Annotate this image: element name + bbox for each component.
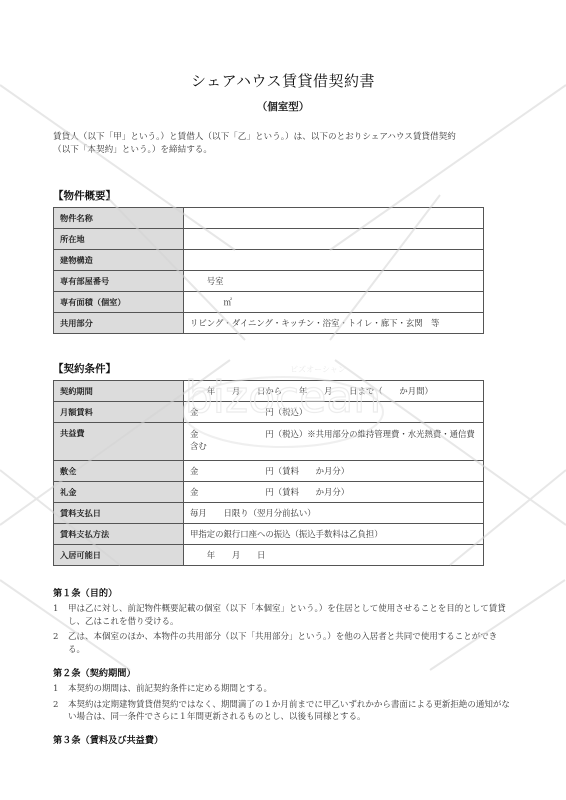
clause-number: 2 bbox=[53, 631, 68, 656]
table-row: 建物構造 bbox=[54, 250, 484, 271]
row-label: 礼金 bbox=[54, 482, 184, 503]
clause-text: 乙は、本個室のほか、本物件の共用部分（以下「共用部分」という。）を他の入居者と共… bbox=[68, 631, 513, 656]
table-row: 専有面積（個室） ㎡ bbox=[54, 292, 484, 313]
row-label: 物件名称 bbox=[54, 208, 184, 229]
property-name-field[interactable] bbox=[184, 208, 484, 229]
monthly-rent-field[interactable]: 金 円（税込） bbox=[184, 402, 484, 423]
clause-number: 1 bbox=[53, 603, 68, 628]
intro-paragraph: 賃貸人（以下「甲」という。）と賃借人（以下「乙」という。）は、以下のとおりシェア… bbox=[53, 131, 523, 157]
article-2: 第２条（契約期間） 1 本契約の期間は、前記契約条件に定める期間とする。 2 本… bbox=[53, 665, 513, 727]
intro-line-2: （以下「本契約」という。）を締結する。 bbox=[53, 144, 523, 157]
contract-terms-table: 契約期間 年 月 日から 年 月 日まで（ か月間） 月額賃料 金 円（税込） … bbox=[53, 380, 484, 566]
document-subtitle: （個室型） bbox=[0, 99, 566, 114]
clause: 2 乙は、本個室のほか、本物件の共用部分（以下「共用部分」という。）を他の入居者… bbox=[53, 631, 513, 656]
rent-due-date-field[interactable]: 毎月 日限り（翌月分前払い） bbox=[184, 503, 484, 524]
article-heading: 第３条（賃料及び共益費） bbox=[53, 732, 513, 746]
contract-period-field[interactable]: 年 月 日から 年 月 日まで（ か月間） bbox=[184, 381, 484, 402]
table-row: 共用部分 リビング・ダイニング・キッチン・浴室・トイレ・廊下・玄関 等 bbox=[54, 313, 484, 334]
table-row: 所在地 bbox=[54, 229, 484, 250]
shared-areas-field[interactable]: リビング・ダイニング・キッチン・浴室・トイレ・廊下・玄関 等 bbox=[184, 313, 484, 334]
clause-number: 2 bbox=[53, 699, 68, 724]
row-label: 月額賃料 bbox=[54, 402, 184, 423]
article-heading: 第２条（契約期間） bbox=[53, 665, 513, 679]
clause-number: 1 bbox=[53, 683, 68, 696]
table-row: 入居可能日 年 月 日 bbox=[54, 545, 484, 566]
contract-terms-heading: 【契約条件】 bbox=[53, 361, 116, 376]
table-row: 物件名称 bbox=[54, 208, 484, 229]
table-row: 礼金 金 円（賃料 か月分） bbox=[54, 482, 484, 503]
row-label: 所在地 bbox=[54, 229, 184, 250]
key-money-field[interactable]: 金 円（賃料 か月分） bbox=[184, 482, 484, 503]
table-row: 月額賃料 金 円（税込） bbox=[54, 402, 484, 423]
table-row: 専有部屋番号 号室 bbox=[54, 271, 484, 292]
document-title: シェアハウス賃貸借契約書 bbox=[0, 70, 566, 91]
address-field[interactable] bbox=[184, 229, 484, 250]
row-label: 共用部分 bbox=[54, 313, 184, 334]
property-overview-table: 物件名称 所在地 建物構造 専有部屋番号 号室 専有面積（個室） ㎡ 共用部分 … bbox=[53, 207, 484, 334]
row-label: 建物構造 bbox=[54, 250, 184, 271]
room-area-field[interactable]: ㎡ bbox=[184, 292, 484, 313]
property-overview-heading: 【物件概要】 bbox=[53, 188, 116, 203]
table-row: 共益費 金 円（税込）※共用部分の維持管理費・水光熱費・通信費含む bbox=[54, 423, 484, 461]
table-row: 賃料支払日 毎月 日限り（翌月分前払い） bbox=[54, 503, 484, 524]
clause: 1 本契約の期間は、前記契約条件に定める期間とする。 bbox=[53, 683, 513, 696]
table-row: 契約期間 年 月 日から 年 月 日まで（ か月間） bbox=[54, 381, 484, 402]
building-structure-field[interactable] bbox=[184, 250, 484, 271]
clause-text: 本契約の期間は、前記契約条件に定める期間とする。 bbox=[68, 683, 513, 696]
table-row: 敷金 金 円（賃料 か月分） bbox=[54, 461, 484, 482]
article-1: 第１条（目的） 1 甲は乙に対し、前記物件概要記載の個室（以下「本個室」という。… bbox=[53, 585, 513, 659]
payment-method-field[interactable]: 甲指定の銀行口座への振込（振込手数料は乙負担） bbox=[184, 524, 484, 545]
article-3: 第３条（賃料及び共益費） bbox=[53, 732, 513, 750]
contract-page: シェアハウス賃貸借契約書 （個室型） 賃貸人（以下「甲」という。）と賃借人（以下… bbox=[0, 0, 566, 800]
clause: 2 本契約は定期建物賃貸借契約ではなく、期間満了の１か月前までに甲乙いずれかから… bbox=[53, 699, 513, 724]
clause-text: 本契約は定期建物賃貸借契約ではなく、期間満了の１か月前までに甲乙いずれかから書面… bbox=[68, 699, 513, 724]
room-number-field[interactable]: 号室 bbox=[184, 271, 484, 292]
row-label: 契約期間 bbox=[54, 381, 184, 402]
row-label: 専有面積（個室） bbox=[54, 292, 184, 313]
row-label: 入居可能日 bbox=[54, 545, 184, 566]
row-label: 賃料支払日 bbox=[54, 503, 184, 524]
security-deposit-field[interactable]: 金 円（賃料 か月分） bbox=[184, 461, 484, 482]
clause-text: 甲は乙に対し、前記物件概要記載の個室（以下「本個室」という。）を住居として使用さ… bbox=[68, 603, 513, 628]
clause: 1 甲は乙に対し、前記物件概要記載の個室（以下「本個室」という。）を住居として使… bbox=[53, 603, 513, 628]
row-label: 賃料支払方法 bbox=[54, 524, 184, 545]
move-in-date-field[interactable]: 年 月 日 bbox=[184, 545, 484, 566]
row-label: 専有部屋番号 bbox=[54, 271, 184, 292]
article-heading: 第１条（目的） bbox=[53, 585, 513, 599]
common-service-fee-field[interactable]: 金 円（税込）※共用部分の維持管理費・水光熱費・通信費含む bbox=[184, 423, 484, 461]
row-label: 敷金 bbox=[54, 461, 184, 482]
table-row: 賃料支払方法 甲指定の銀行口座への振込（振込手数料は乙負担） bbox=[54, 524, 484, 545]
intro-line-1: 賃貸人（以下「甲」という。）と賃借人（以下「乙」という。）は、以下のとおりシェア… bbox=[53, 131, 523, 144]
row-label: 共益費 bbox=[54, 423, 184, 461]
